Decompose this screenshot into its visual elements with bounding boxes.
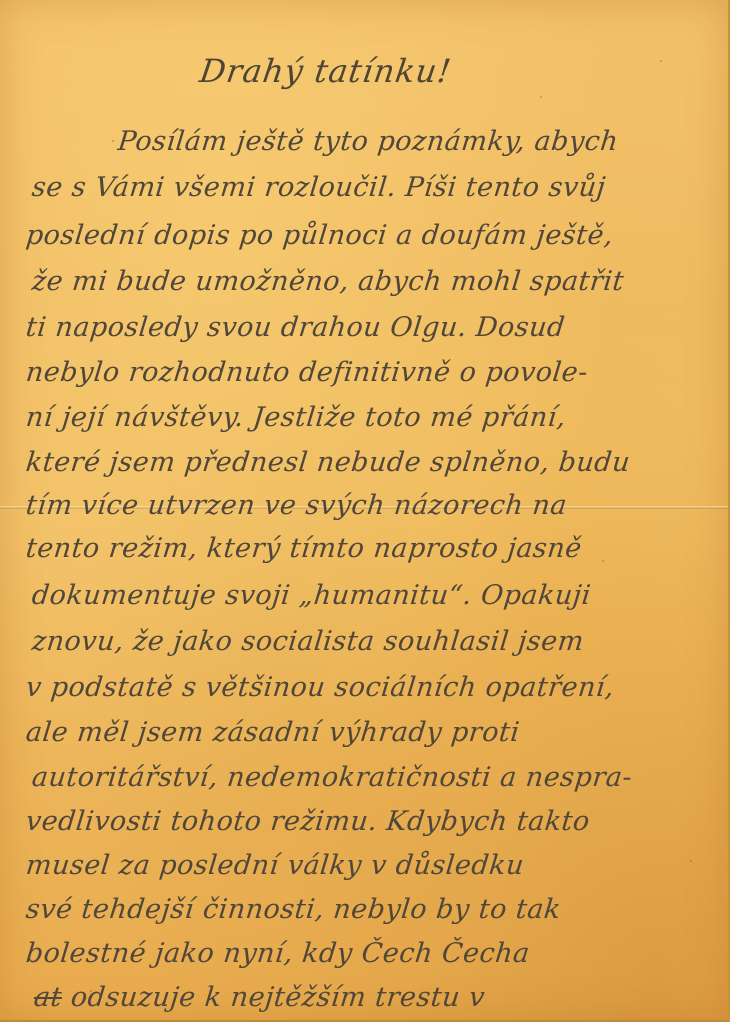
letter-line: ní její návštěvy. Jestliže toto mé přání… xyxy=(24,402,567,433)
letter-line: ale měl jsem zásadní výhrady proti xyxy=(24,717,521,748)
letter-line: že mi bude umožněno, abych mohl spatřit xyxy=(30,266,625,297)
paper-speck xyxy=(112,140,114,142)
letter-line: své tehdejší činnosti, nebylo by to tak xyxy=(24,894,562,925)
struck-through-word: at xyxy=(32,982,63,1013)
letter-line: se s Vámi všemi rozloučil. Píši tento sv… xyxy=(30,172,607,203)
letter-line: tento režim, který tímto naprosto jasně xyxy=(24,533,583,564)
letter-line: musel za poslední války v důsledku xyxy=(24,850,525,881)
letter-line-text: odsuzuje k nejtěžším trestu v xyxy=(69,982,486,1013)
paper-speck xyxy=(660,60,662,62)
paper-speck xyxy=(602,560,604,562)
letter-line: autoritářství, nedemokratičnosti a nespr… xyxy=(30,762,633,793)
letter-line: které jsem přednesl nebude splněno, budu xyxy=(24,447,631,478)
letter-line: vedlivosti tohoto režimu. Kdybych takto xyxy=(24,806,591,837)
letter-line: Posílám ještě tyto poznámky, abych xyxy=(116,126,620,157)
letter-line: at odsuzuje k nejtěžším trestu v xyxy=(32,982,486,1013)
letter-line: tím více utvrzen ve svých názorech na xyxy=(24,490,568,521)
paper-speck xyxy=(690,860,692,862)
letter-line: nebylo rozhodnuto definitivně o povole- xyxy=(24,357,589,388)
letter-salutation: Drahý tatínku! xyxy=(197,52,454,90)
letter-line: znovu, že jako socialista souhlasil jsem xyxy=(30,626,585,657)
letter-page: Drahý tatínku! Posílám ještě tyto poznám… xyxy=(0,0,730,1022)
letter-line: ti naposledy svou drahou Olgu. Dosud xyxy=(24,312,566,343)
paper-speck xyxy=(540,96,542,98)
letter-line: dokumentuje svoji „humanitu“. Opakuji xyxy=(30,580,592,611)
letter-line: poslední dopis po půlnoci a doufám ještě… xyxy=(24,220,614,251)
letter-line: bolestné jako nyní, kdy Čech Čecha xyxy=(24,938,531,969)
letter-line: v podstatě s většinou sociálních opatřen… xyxy=(24,672,615,703)
